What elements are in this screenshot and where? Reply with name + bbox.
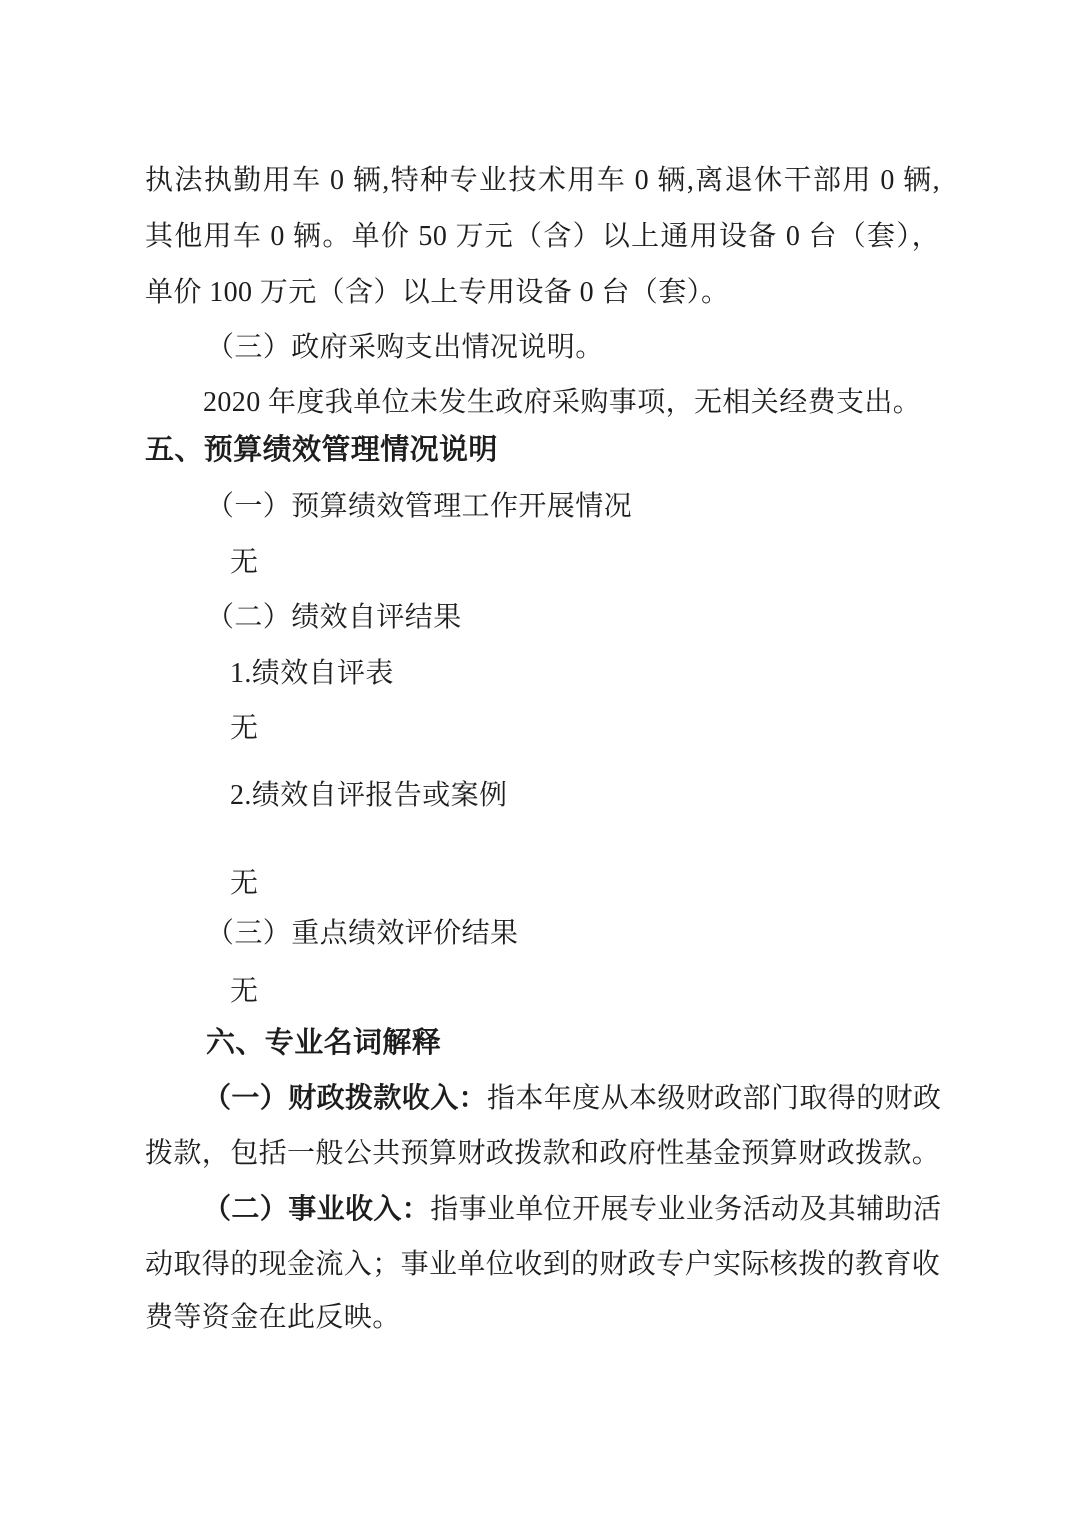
line-gov-procurement-statement: 2020 年度我单位未发生政府采购事项，无相关经费支出。 xyxy=(203,386,921,418)
line-none-3: 无 xyxy=(230,867,258,899)
line-term-fiscal-income: （一）财政拨款收入：指本年度从本级财政部门取得的财政 xyxy=(203,1082,940,1114)
line-term-fiscal-income-cont: 拨款，包括一般公共预算财政拨款和政府性基金预算财政拨款。 xyxy=(145,1137,940,1169)
line-gov-procurement-heading: （三）政府采购支出情况说明。 xyxy=(206,331,604,363)
line-vehicle-counts-1: 执法执勤用车 0 辆,特种专业技术用车 0 辆,离退休干部用 0 辆, xyxy=(145,164,940,196)
line-term-business-income: （二）事业收入：指事业单位开展专业业务活动及其辅助活 xyxy=(203,1193,940,1225)
line-none-2: 无 xyxy=(230,712,258,744)
line-item-self-eval-table: 1.绩效自评表 xyxy=(230,657,394,689)
document-page: 执法执勤用车 0 辆,特种专业技术用车 0 辆,离退休干部用 0 辆, 其他用车… xyxy=(0,0,1074,1520)
line-none-1: 无 xyxy=(230,546,258,578)
line-vehicle-counts-2: 其他用车 0 辆。单价 50 万元（含）以上通用设备 0 台（套）， xyxy=(145,220,940,252)
line-term-business-income-cont: 动取得的现金流入；事业单位收到的财政专户实际核拨的教育收 xyxy=(145,1248,940,1280)
line-item-self-eval-report: 2.绩效自评报告或案例 xyxy=(230,779,507,811)
line-term-business-income-end: 费等资金在此反映。 xyxy=(145,1301,401,1333)
line-subsection-three: （三）重点绩效评价结果 xyxy=(206,917,518,949)
line-none-4: 无 xyxy=(230,975,258,1007)
heading-section-six: 六、专业名词解释 xyxy=(206,1028,441,1059)
heading-section-five: 五、预算绩效管理情况说明 xyxy=(145,435,498,466)
line-subsection-one: （一）预算绩效管理工作开展情况 xyxy=(206,490,632,522)
line-subsection-two: （二）绩效自评结果 xyxy=(206,601,462,633)
line-vehicle-counts-3: 单价 100 万元（含）以上专用设备 0 台（套）。 xyxy=(145,276,729,308)
